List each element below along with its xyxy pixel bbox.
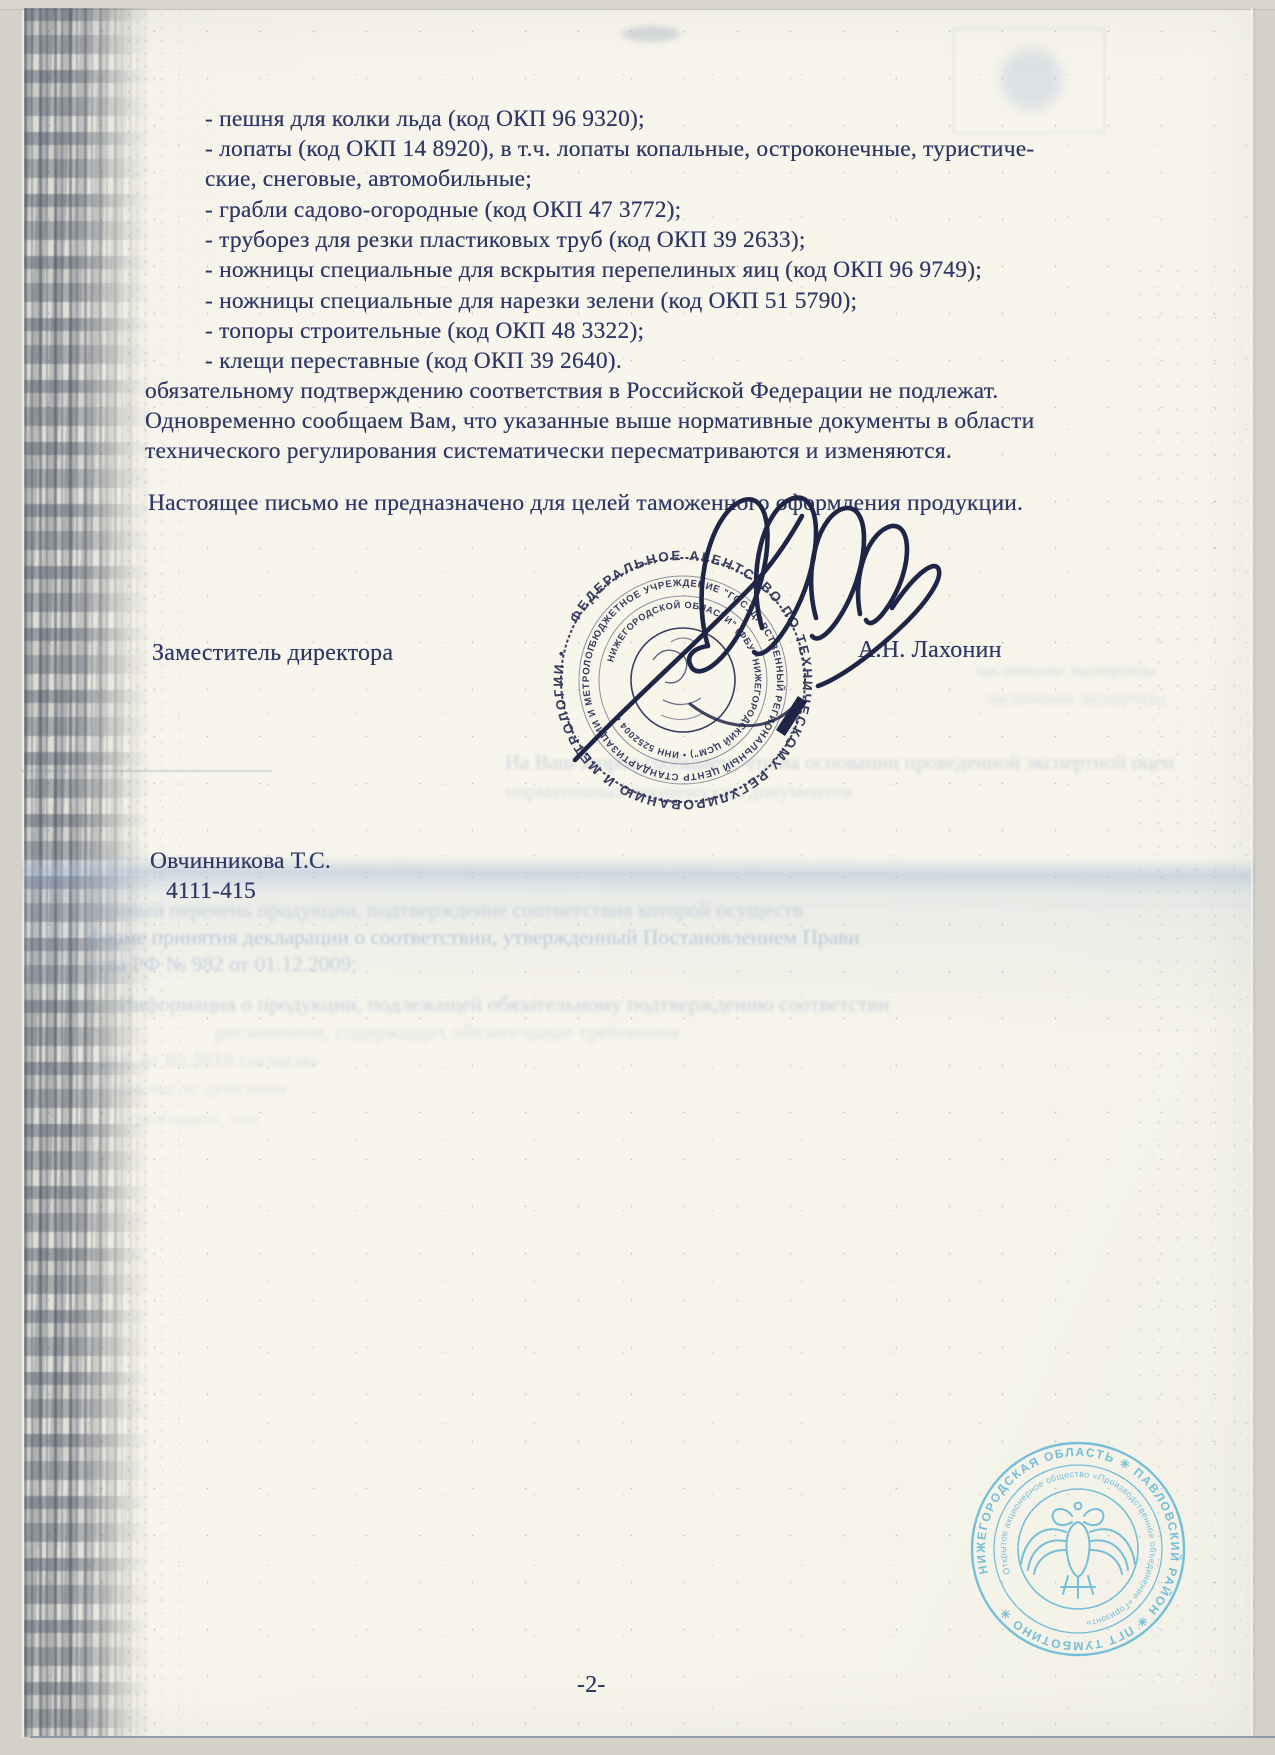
executor-phone: 4111-415 [166, 878, 256, 905]
list-item: - ножницы специальные для вскрытия переп… [205, 257, 982, 284]
list-item: - ножницы специальные для нарезки зелени… [205, 288, 857, 315]
double-headed-eagle-icon [1021, 1503, 1135, 1598]
body-line: обязательному подтверждению соответствия… [145, 378, 998, 405]
body-line: Одновременно сообщаем Вам, что указанные… [145, 408, 1034, 435]
list-item: - труборез для резки пластиковых труб (к… [205, 227, 806, 254]
list-item: - грабли садово-огородные (код ОКП 47 37… [205, 197, 681, 224]
list-item-wrap: ские, снеговые, автомобильные; [205, 166, 532, 193]
signer-title: Заместитель директора [152, 640, 393, 667]
svg-text:Открытое акционерное общество: Открытое акционерное общество «Производс… [998, 1469, 1158, 1629]
paper-crease [22, 770, 272, 772]
scan-artifact-tint [22, 902, 1255, 1032]
list-item: - клещи переставные (код ОКП 39 2640). [205, 348, 622, 375]
scanned-letter-page-2: - пешня для колки льда (код ОКП 96 9320)… [0, 0, 1275, 1755]
faint-mark [622, 26, 680, 42]
paper-right-edge [1251, 8, 1255, 1737]
body-line: технического регулирования систематическ… [145, 438, 952, 465]
page-number: -2- [577, 1672, 606, 1699]
list-item: - топоры строительные (код ОКП 48 3322); [205, 318, 644, 345]
paper-bottom-edge [30, 1736, 1275, 1738]
executor-name: Овчинникова Т.С. [150, 848, 331, 875]
company-round-stamp: НИЖЕГОРОДСКАЯ ОБЛАСТЬ ✳ ПАВЛОВСКИЙ РАЙОН… [963, 1434, 1193, 1664]
list-item: - пешня для колки льда (код ОКП 96 9320)… [205, 106, 645, 133]
handwritten-signature [540, 468, 950, 788]
bleedthrough-emblem-blob [1000, 48, 1062, 110]
list-item: - лопаты (код ОКП 14 8920), в т.ч. лопат… [205, 136, 1034, 163]
